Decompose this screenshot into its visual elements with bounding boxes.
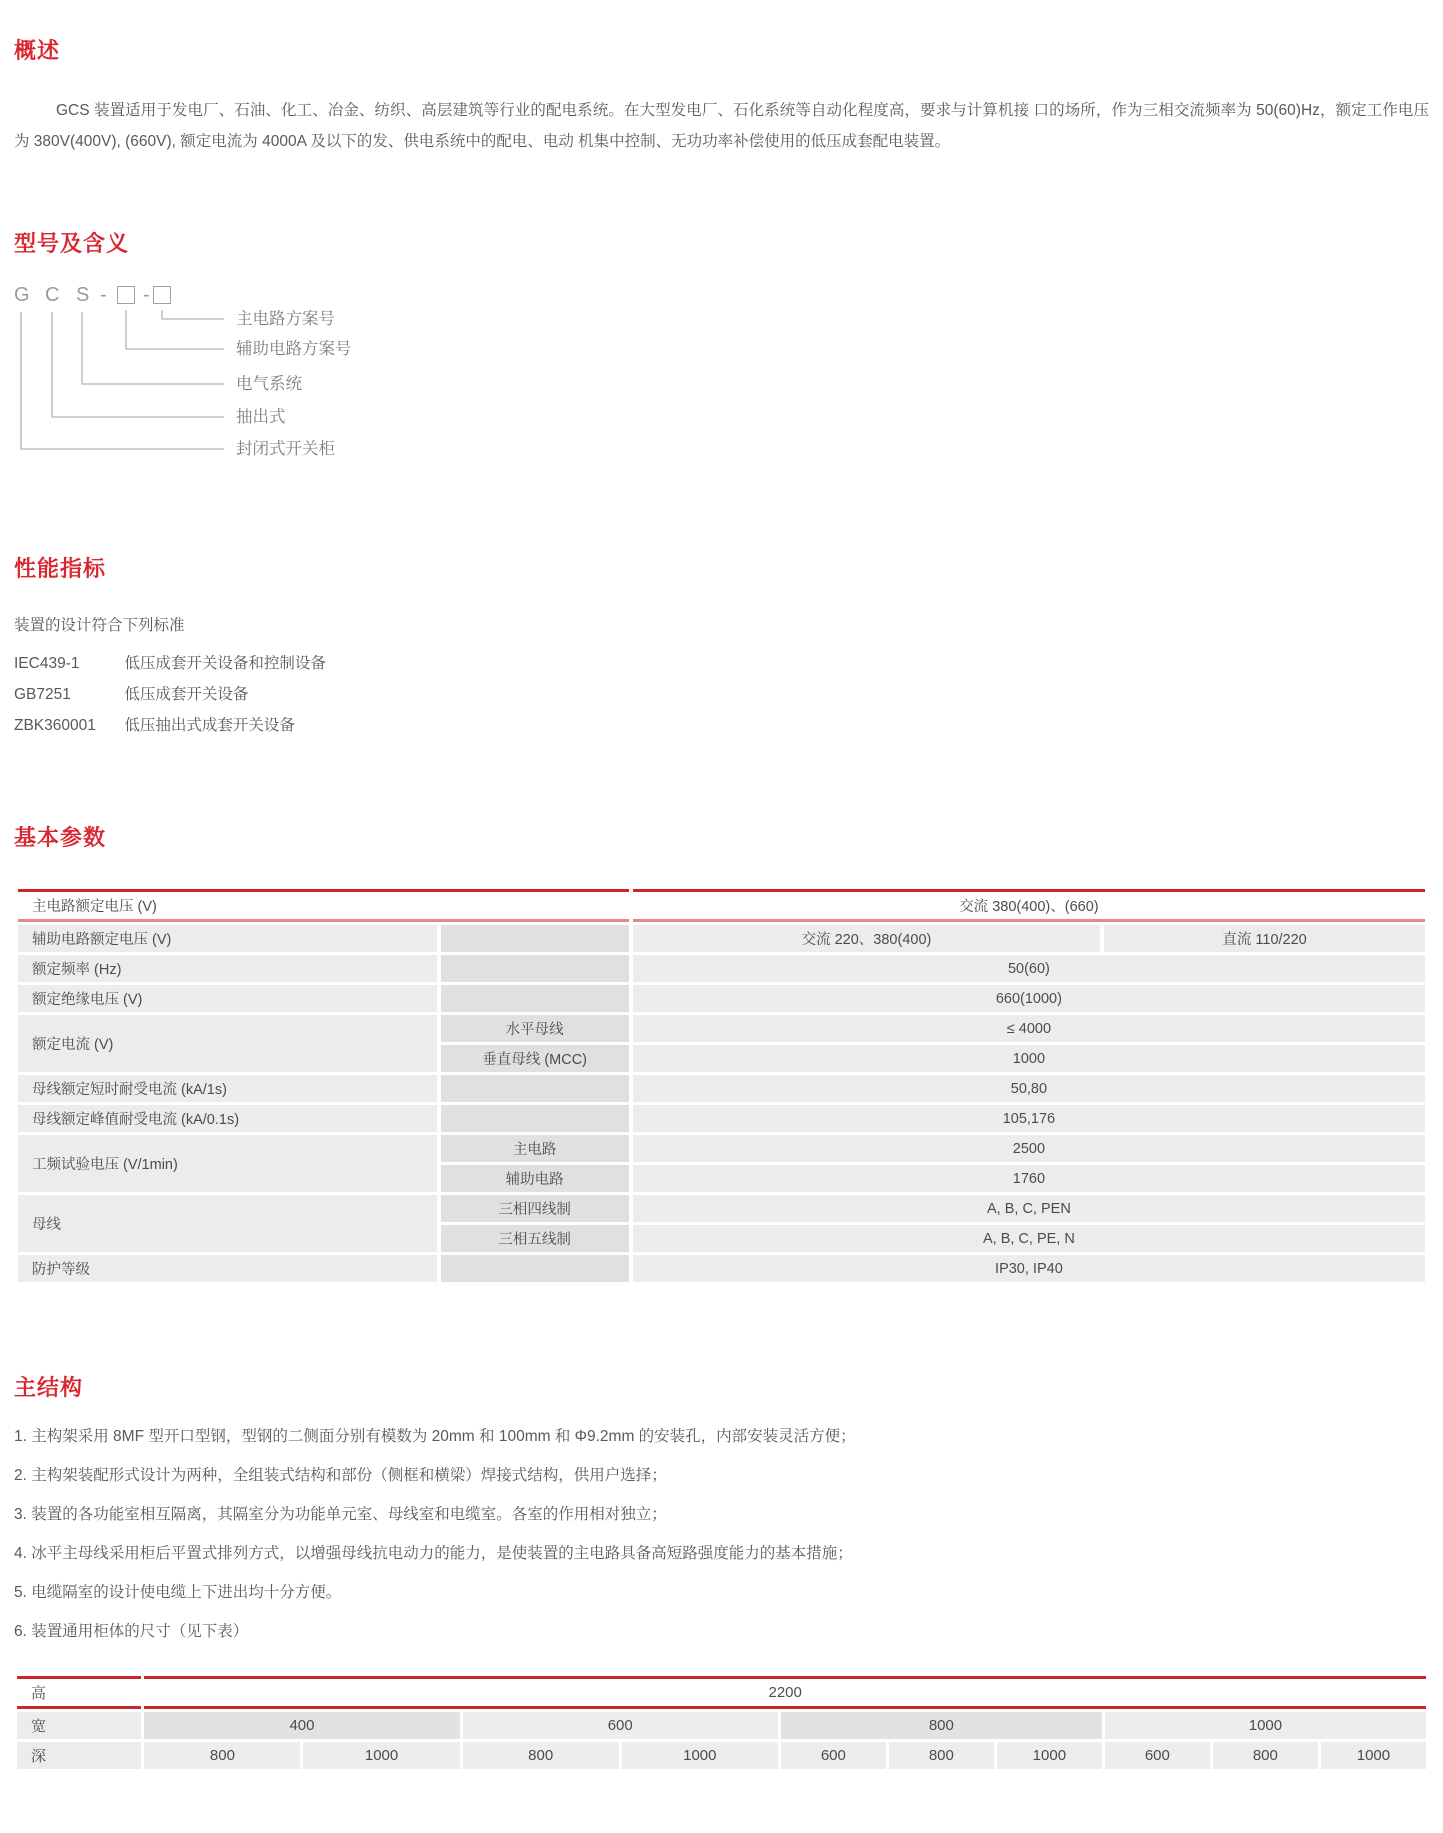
model-label-electrical-system: 电气系统 [236, 372, 302, 396]
param-sublabel-cell: 三相五线制 [441, 1225, 629, 1252]
empty-cell [441, 1105, 629, 1132]
list-item: 4. 冰平主母线采用柜后平置式排列方式，以增强母线抗电动力的能力，是使装置的主电… [14, 1543, 1429, 1565]
table-row: 母线额定短时耐受电流 (kA/1s) 50,80 [18, 1075, 1425, 1102]
standard-code: GB7251 [14, 679, 120, 710]
dim-value-cell: 600 [463, 1712, 778, 1739]
param-sublabel-cell: 水平母线 [441, 1015, 629, 1042]
dim-label-cell: 宽 [17, 1712, 141, 1739]
dim-label-cell: 高 [17, 1676, 141, 1709]
overview-section-title: 概述 [14, 34, 1429, 65]
placeholder-box-icon [117, 286, 135, 304]
performance-section-title: 性能指标 [14, 552, 1429, 583]
dim-value-cell: 1000 [303, 1742, 459, 1769]
standard-name: 低压成套开关设备 [124, 686, 248, 703]
empty-cell [441, 1255, 629, 1282]
dim-value-cell: 800 [889, 1742, 994, 1769]
connector-lines [14, 310, 244, 465]
param-label-cell: 额定电流 (V) [18, 1015, 437, 1072]
structure-list: 1. 主构架采用 8MF 型开口型钢，型钢的二侧面分别有模数为 20mm 和 1… [14, 1426, 1429, 1643]
model-label-enclosed-switchgear: 封闭式开关柜 [236, 437, 335, 461]
param-value-cell: 50(60) [633, 955, 1425, 982]
table-row: 额定绝缘电压 (V) 660(1000) [18, 985, 1425, 1012]
dim-value-cell: 800 [1213, 1742, 1318, 1769]
param-label-cell: 工频试验电压 (V/1min) [18, 1135, 437, 1192]
dim-value-cell: 800 [781, 1712, 1102, 1739]
param-value-cell: 1000 [633, 1045, 1425, 1072]
dim-label-cell: 深 [17, 1742, 141, 1769]
model-label-aux-circuit: 辅助电路方案号 [236, 337, 352, 361]
basic-params-table: 主电路额定电压 (V) 交流 380(400)、(660) 辅助电路额定电压 (… [14, 886, 1429, 1285]
list-item: 1. 主构架采用 8MF 型开口型钢，型钢的二侧面分别有模数为 20mm 和 1… [14, 1426, 1429, 1448]
param-value-cell: IP30, IP40 [633, 1255, 1425, 1282]
param-value-cell: 105,176 [633, 1105, 1425, 1132]
dim-value-cell: 1000 [1321, 1742, 1426, 1769]
dim-value-cell: 600 [1105, 1742, 1210, 1769]
param-sublabel-cell: 垂直母线 (MCC) [441, 1045, 629, 1072]
list-item: 3. 装置的各功能室相互隔离，其隔室分为功能单元室、母线室和电缆室。各室的作用相… [14, 1504, 1429, 1526]
cabinet-dimensions-table: 高 2200 宽 400 600 800 1000 深 800 1000 800… [14, 1673, 1429, 1772]
standard-row: ZBK360001 低压抽出式成套开关设备 [14, 710, 1429, 741]
param-label-cell: 防护等级 [18, 1255, 437, 1282]
param-label-cell: 辅助电路额定电压 (V) [18, 925, 437, 952]
dim-value-cell: 800 [144, 1742, 300, 1769]
param-sublabel-cell: 主电路 [441, 1135, 629, 1162]
model-section-title: 型号及含义 [14, 227, 1429, 258]
param-label-cell: 主电路额定电压 (V) [18, 889, 629, 922]
empty-cell [441, 955, 629, 982]
model-letter-c: C [45, 284, 59, 307]
empty-cell [441, 925, 629, 952]
dim-value-cell: 600 [781, 1742, 886, 1769]
list-item: 6. 装置通用柜体的尺寸（见下表） [14, 1621, 1429, 1643]
dim-value-cell: 1000 [1105, 1712, 1426, 1739]
standard-row: GB7251 低压成套开关设备 [14, 679, 1429, 710]
model-dash: - [100, 284, 107, 307]
param-value-cell: 1760 [633, 1165, 1425, 1192]
param-value-cell: ≤ 4000 [633, 1015, 1425, 1042]
catalog-page: 概述 GCS 装置适用于发电厂、石油、化工、冶金、纺织、高层建筑等行业的配电系统… [0, 0, 1443, 1833]
param-value-cell: 50,80 [633, 1075, 1425, 1102]
model-label-main-circuit: 主电路方案号 [236, 307, 335, 331]
width-row: 宽 400 600 800 1000 [17, 1712, 1426, 1739]
table-row: 辅助电路额定电压 (V) 交流 220、380(400) 直流 110/220 [18, 925, 1425, 952]
param-value-cell: 交流 220、380(400) [633, 925, 1100, 952]
basic-params-section-title: 基本参数 [14, 821, 1429, 852]
param-label-cell: 额定频率 (Hz) [18, 955, 437, 982]
standards-list: IEC439-1 低压成套开关设备和控制设备 GB7251 低压成套开关设备 Z… [14, 648, 1429, 741]
param-value-cell: 直流 110/220 [1104, 925, 1425, 952]
param-sublabel-cell: 三相四线制 [441, 1195, 629, 1222]
param-label-cell: 母线额定短时耐受电流 (kA/1s) [18, 1075, 437, 1102]
param-value-cell: 2500 [633, 1135, 1425, 1162]
model-letter-g: G [14, 284, 30, 307]
param-value-cell: 660(1000) [633, 985, 1425, 1012]
model-dash: - [143, 284, 150, 307]
dim-value-cell: 400 [144, 1712, 459, 1739]
param-label-cell: 母线 [18, 1195, 437, 1252]
table-row: 主电路额定电压 (V) 交流 380(400)、(660) [18, 889, 1425, 922]
model-code-diagram: G C S - - 主电路方案号 辅助电路方案号 电气系统 抽出式 封闭式开关柜 [14, 284, 1429, 474]
param-label-cell: 额定绝缘电压 (V) [18, 985, 437, 1012]
dim-value-cell: 800 [463, 1742, 619, 1769]
param-sublabel-cell: 辅助电路 [441, 1165, 629, 1192]
table-row: 额定电流 (V) 水平母线 ≤ 4000 [18, 1015, 1425, 1042]
param-label-cell: 母线额定峰值耐受电流 (kA/0.1s) [18, 1105, 437, 1132]
standard-code: ZBK360001 [14, 710, 120, 741]
param-value-cell: 交流 380(400)、(660) [633, 889, 1425, 922]
list-item: 2. 主构架装配形式设计为两种，全组装式结构和部份（侧框和横梁）焊接式结构，供用… [14, 1465, 1429, 1487]
table-row: 额定频率 (Hz) 50(60) [18, 955, 1425, 982]
param-value-cell: A, B, C, PE, N [633, 1225, 1425, 1252]
placeholder-box-icon [153, 286, 171, 304]
standard-row: IEC439-1 低压成套开关设备和控制设备 [14, 648, 1429, 679]
empty-cell [441, 1075, 629, 1102]
standard-name: 低压抽出式成套开关设备 [124, 717, 295, 734]
model-letter-s: S [76, 284, 89, 307]
dim-value-cell: 1000 [622, 1742, 778, 1769]
standard-name: 低压成套开关设备和控制设备 [124, 655, 326, 672]
structure-section-title: 主结构 [14, 1371, 1429, 1402]
table-row: 防护等级 IP30, IP40 [18, 1255, 1425, 1282]
depth-row: 深 800 1000 800 1000 600 800 1000 600 800… [17, 1742, 1426, 1769]
model-label-drawout-type: 抽出式 [236, 405, 286, 429]
empty-cell [441, 985, 629, 1012]
table-row: 母线额定峰值耐受电流 (kA/0.1s) 105,176 [18, 1105, 1425, 1132]
list-item: 5. 电缆隔室的设计使电缆上下进出均十分方便。 [14, 1582, 1429, 1604]
table-row: 工频试验电压 (V/1min) 主电路 2500 [18, 1135, 1425, 1162]
table-row: 母线 三相四线制 A, B, C, PEN [18, 1195, 1425, 1222]
dim-value-cell: 1000 [997, 1742, 1102, 1769]
dim-value-cell: 2200 [144, 1676, 1426, 1709]
height-row: 高 2200 [17, 1676, 1426, 1709]
performance-intro: 装置的设计符合下列标准 [14, 613, 1429, 635]
standard-code: IEC439-1 [14, 648, 120, 679]
param-value-cell: A, B, C, PEN [633, 1195, 1425, 1222]
overview-paragraph: GCS 装置适用于发电厂、石油、化工、冶金、纺织、高层建筑等行业的配电系统。在大… [14, 95, 1429, 157]
